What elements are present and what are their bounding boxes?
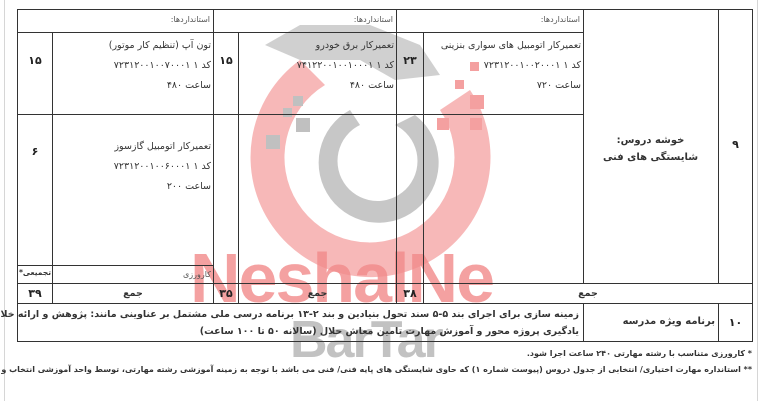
page-edge-left xyxy=(4,0,5,401)
col-divider-row10 xyxy=(583,303,584,341)
col-divider-g1-credit xyxy=(423,32,424,303)
table-right-border xyxy=(752,9,753,341)
standard-hours: ساعت ۲۰۰ xyxy=(114,177,211,197)
internship-credit: تجمیعی* xyxy=(19,268,51,277)
standard-code: کد ۱ ۷۴۱۲۲۰۰۱۰۰۱۰۰۰۱ xyxy=(297,56,394,76)
standards-header-g3: استانداردها: xyxy=(171,15,210,24)
standard-g3-s1: تون آپ (تنظیم کار موتور) کد ۱ ۷۲۳۱۲۰۰۱۰۰… xyxy=(109,36,211,96)
total-g2: ۳۵ xyxy=(214,287,238,300)
total-g3: ۳۹ xyxy=(18,287,52,300)
header-row-divider xyxy=(17,32,583,33)
page-edge-right xyxy=(757,0,758,401)
standard-code: کد ۱ ۷۲۳۱۲۰۰۱۰۰۷۰۰۰۱ xyxy=(109,56,211,76)
footnote-2: ** استانداره مهارت اختیاری/ انتخابی از ج… xyxy=(0,362,752,378)
credit-g3-s2: ۶ xyxy=(18,145,52,158)
row10-description-line1: زمینه سازی برای اجرای بند ۵-۵ سند تحول ب… xyxy=(0,306,579,323)
standard-hours: ساعت ۴۸۰ xyxy=(109,76,211,96)
table-bottom-border xyxy=(17,341,753,342)
standard-code: کد ۱ ۷۲۳۱۲۰۰۱۰۰۲۰۰۰۱ xyxy=(441,56,581,76)
cluster-title-line1: خوشه دروس: xyxy=(583,132,718,149)
standard-name: تعمیرکار برق خودرو xyxy=(297,36,394,56)
row10-description-line2: یادگیری پروژه محور و آموزش مهارت تامین م… xyxy=(0,323,579,340)
internship-row-divider xyxy=(17,265,213,266)
standard-name: تعمیرکار اتومبیل گازسوز xyxy=(114,137,211,157)
sum-label-g1: جمع xyxy=(424,288,752,299)
standards-header-g2: استانداردها: xyxy=(354,15,393,24)
sum-row-top xyxy=(17,283,753,284)
sum-label-g3: جمع xyxy=(53,288,213,299)
col-divider-g3-credit xyxy=(52,32,53,303)
credit-g3-s1: ۱۵ xyxy=(18,54,52,67)
row-number-9: ۹ xyxy=(719,138,752,151)
credit-g2-s1: ۱۵ xyxy=(214,54,238,67)
internship-label: کارورزی xyxy=(183,270,211,279)
credit-g1-s1: ۲۳ xyxy=(398,54,422,67)
table-top-border xyxy=(17,9,753,10)
standard-name: تون آپ (تنظیم کار موتور) xyxy=(109,36,211,56)
footnotes: * کارورزی متناسب با رشته مهارتی ۲۴۰ ساعت… xyxy=(0,346,752,378)
footnote-1: * کارورزی متناسب با رشته مهارتی ۲۴۰ ساعت… xyxy=(0,346,752,362)
standard-hours: ساعت ۴۸۰ xyxy=(297,76,394,96)
sum-label-g2: جمع xyxy=(239,288,396,299)
sum-row-bottom xyxy=(17,303,753,304)
row10-title: برنامه ویژه مدرسه xyxy=(623,316,715,327)
standard-code: کد ۱ ۷۲۳۱۲۰۰۱۰۰۶۰۰۰۱ xyxy=(114,157,211,177)
total-g1: ۳۸ xyxy=(397,287,423,300)
col-divider-g2 xyxy=(396,9,397,303)
standard-hours: ساعت ۷۲۰ xyxy=(441,76,581,96)
standard-name: تعمیرکار اتومبیل های سواری بنزینی xyxy=(441,36,581,56)
col-divider-g2-credit xyxy=(238,32,239,303)
row10-description: زمینه سازی برای اجرای بند ۵-۵ سند تحول ب… xyxy=(0,306,579,340)
standards-header-g1: استانداردها: xyxy=(541,15,580,24)
standard-g1-s1: تعمیرکار اتومبیل های سواری بنزینی کد ۱ ۷… xyxy=(441,36,581,96)
row-number-10: ۱۰ xyxy=(719,316,752,329)
cluster-title: خوشه دروس: شایستگی های فنی xyxy=(583,132,718,166)
standard-g2-s1: تعمیرکار برق خودرو کد ۱ ۷۴۱۲۲۰۰۱۰۰۱۰۰۰۱ … xyxy=(297,36,394,96)
row-divider-1 xyxy=(17,114,583,115)
cluster-title-line2: شایستگی های فنی xyxy=(583,149,718,166)
standard-g3-s2: تعمیرکار اتومبیل گازسوز کد ۱ ۷۲۳۱۲۰۰۱۰۰۶… xyxy=(114,137,211,197)
